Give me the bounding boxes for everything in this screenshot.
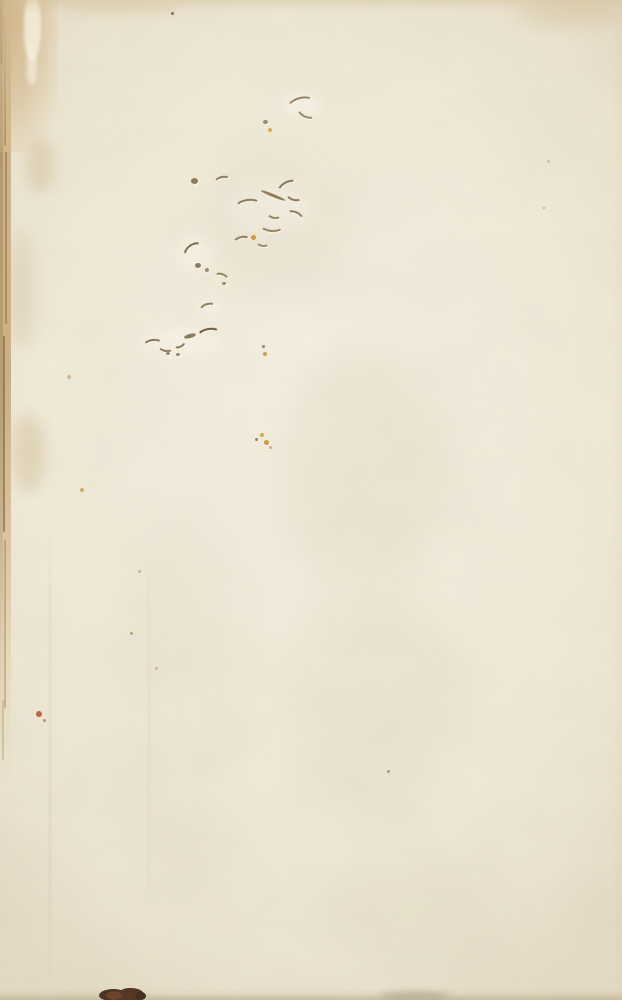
- ink-stain-layer: [0, 0, 622, 1000]
- ink-stain-blob: [135, 992, 146, 1000]
- book-page: [0, 0, 622, 1000]
- ink-stain-blob: [106, 991, 122, 1000]
